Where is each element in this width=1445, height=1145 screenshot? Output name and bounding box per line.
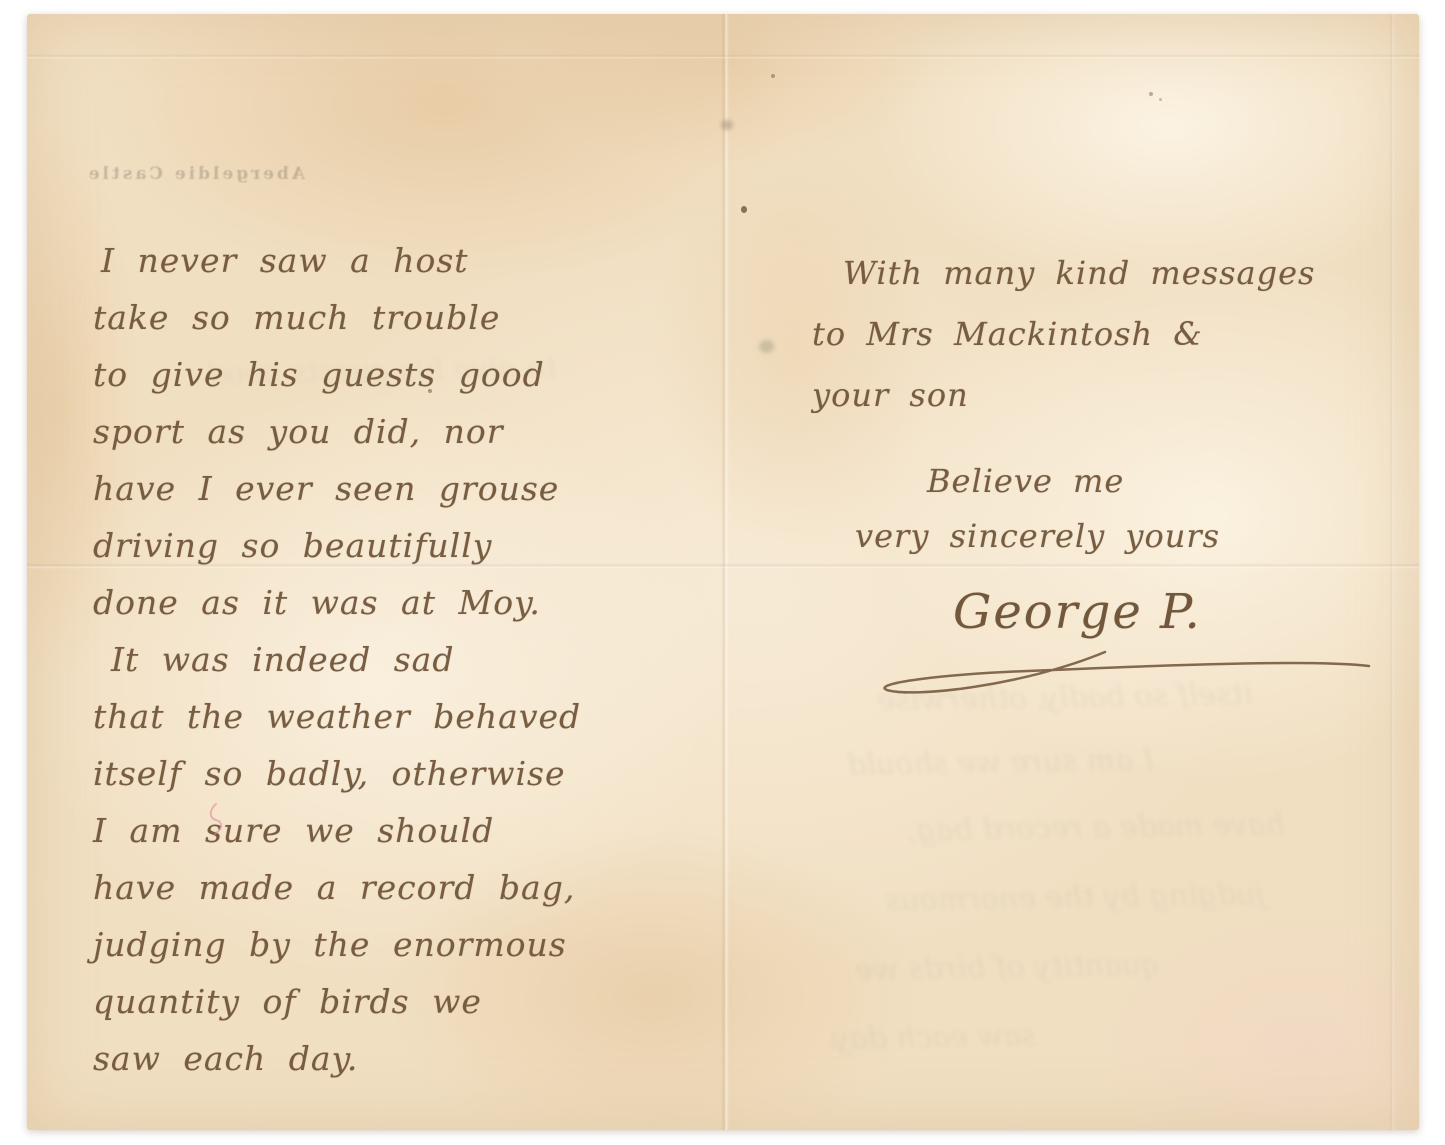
handwritten-line: itself so badly, otherwise [93,745,773,802]
handwritten-line: judging by the enormous [93,916,773,973]
ink-speck [1159,98,1162,101]
handwritten-line: Believe me [927,462,1124,500]
handwritten-line: take so much trouble [93,289,773,346]
handwritten-line: very sincerely yours [855,517,1220,555]
showthrough-writing: have made a record bag, [907,807,1285,849]
handwritten-line: It was indeed sad [111,631,773,688]
top-fold-crease [27,54,1419,59]
handwritten-line: done as it was at Moy. [93,574,773,631]
handwritten-line: saw each day. [93,1030,773,1087]
handwritten-line: have made a record bag, [93,859,773,916]
handwritten-line: I never saw a host [101,232,773,289]
smudge [721,120,733,130]
ink-speck [1149,92,1153,96]
handwritten-line: that the weather behaved [93,688,773,745]
handwritten-line: quantity of birds we [93,973,773,1030]
showthrough-writing: itself so badly, otherwise [877,677,1253,719]
handwritten-line: have I ever seen grouse [93,460,773,517]
handwritten-line: sport as you did, nor [93,403,773,460]
showthrough-writing: judging by the enormous [885,877,1265,919]
letter-scan: Abergeldie Castle I never saw a host tak… [0,0,1445,1145]
showthrough-writing: to give his guests good [207,351,557,392]
right-edge-crease [1389,14,1395,1130]
showthrough-writing: saw each day. [827,1018,1037,1057]
showthrough-writing: I am sure we should [847,742,1155,782]
handwritten-line: to Mrs Mackintosh & [812,315,1203,353]
handwritten-line: With many kind messages [843,254,1315,292]
pink-ink-mark [205,802,227,836]
ink-speck [771,74,775,78]
handwritten-line: I am sure we should [93,802,773,859]
handwritten-line: your son [812,376,969,414]
letterhead-showthrough-text: Abergeldie Castle [85,164,305,184]
ink-speck [741,206,747,213]
handwritten-line: driving so beautifully [93,517,773,574]
letter-paper: Abergeldie Castle I never saw a host tak… [27,14,1419,1130]
showthrough-writing: quantity of birds we [855,947,1161,987]
signature: George P. [953,584,1202,640]
